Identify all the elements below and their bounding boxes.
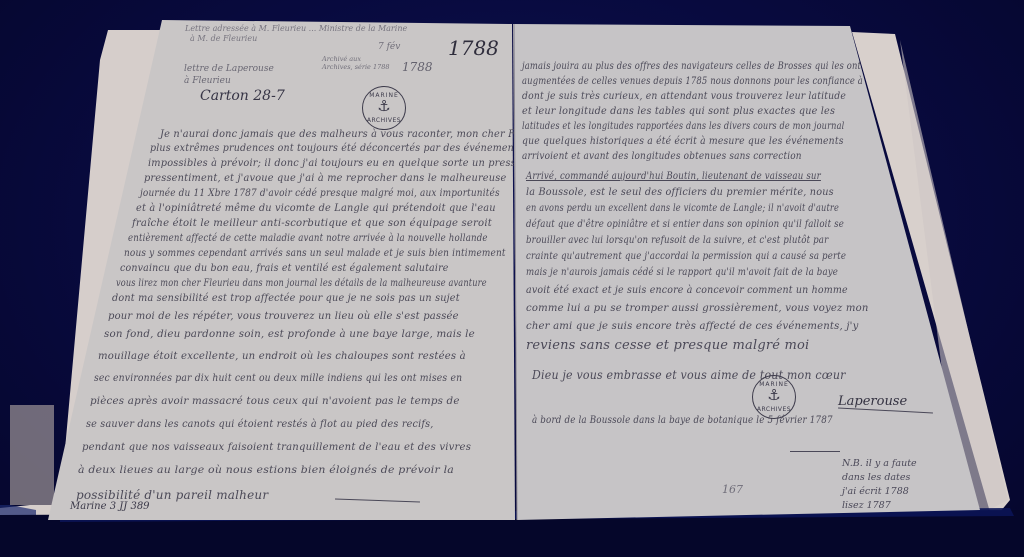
postscript-line-4: lisez 1787 — [842, 500, 891, 511]
right-line-13: crainte qu'autrement que j'accordai la p… — [526, 250, 846, 262]
postscript-line-2: dans les dates — [842, 472, 910, 483]
right-line-10: en avons perdu un excellent dans le vico… — [526, 202, 839, 214]
right-manuscript-page: jamais jouira au plus des offres des nav… — [0, 0, 1024, 557]
right-line-14: mais je n'aurois jamais cédé si le rappo… — [526, 266, 838, 278]
marine-archives-stamp-right: MARINE ⚓ ARCHIVES — [752, 375, 796, 419]
right-line-2: augmentées de celles venues depuis 1785 … — [522, 75, 863, 87]
right-line-3: dont je suis très curieux, en attendant … — [522, 90, 846, 102]
right-line-5: latitudes et les longitudes rapportées d… — [522, 120, 844, 132]
signature: Laperouse — [838, 394, 907, 409]
separator-rule — [790, 451, 840, 452]
right-line-7: arrivoient et avant des longitudes obten… — [522, 150, 802, 162]
right-line-18: reviens sans cesse et presque malgré moi — [526, 338, 809, 353]
page-number: 167 — [722, 483, 743, 496]
right-line-9: la Boussole, est le seul des officiers d… — [526, 186, 834, 198]
postscript-line-3: j'ai écrit 1788 — [842, 486, 909, 497]
right-line-4: et leur longitude dans les tables qui so… — [522, 105, 835, 117]
right-line-6: que quelques historiques a été écrit à m… — [522, 135, 844, 147]
right-line-1: jamais jouira au plus des offres des nav… — [522, 60, 861, 72]
postscript-line-1: N.B. il y a faute — [842, 458, 917, 469]
right-line-11: défaut que d'être opiniâtre et si entier… — [526, 218, 844, 230]
right-line-17: cher ami que je suis encore très affecté… — [526, 320, 859, 332]
right-line-8: Arrivé, commandé aujourd'hui Boutin, lie… — [526, 170, 821, 182]
right-line-16: comme lui a pu se tromper aussi grossièr… — [526, 302, 869, 314]
right-line-15: avoit été exact et je suis encore à conc… — [526, 284, 848, 296]
right-line-19: Dieu je vous embrasse et vous aime de to… — [532, 368, 846, 382]
anchor-icon: ⚓ — [753, 388, 795, 403]
right-line-12: brouiller avec lui lorsqu'on refusoit de… — [526, 234, 828, 246]
dateline: à bord de la Boussole dans la baye de bo… — [532, 414, 833, 426]
